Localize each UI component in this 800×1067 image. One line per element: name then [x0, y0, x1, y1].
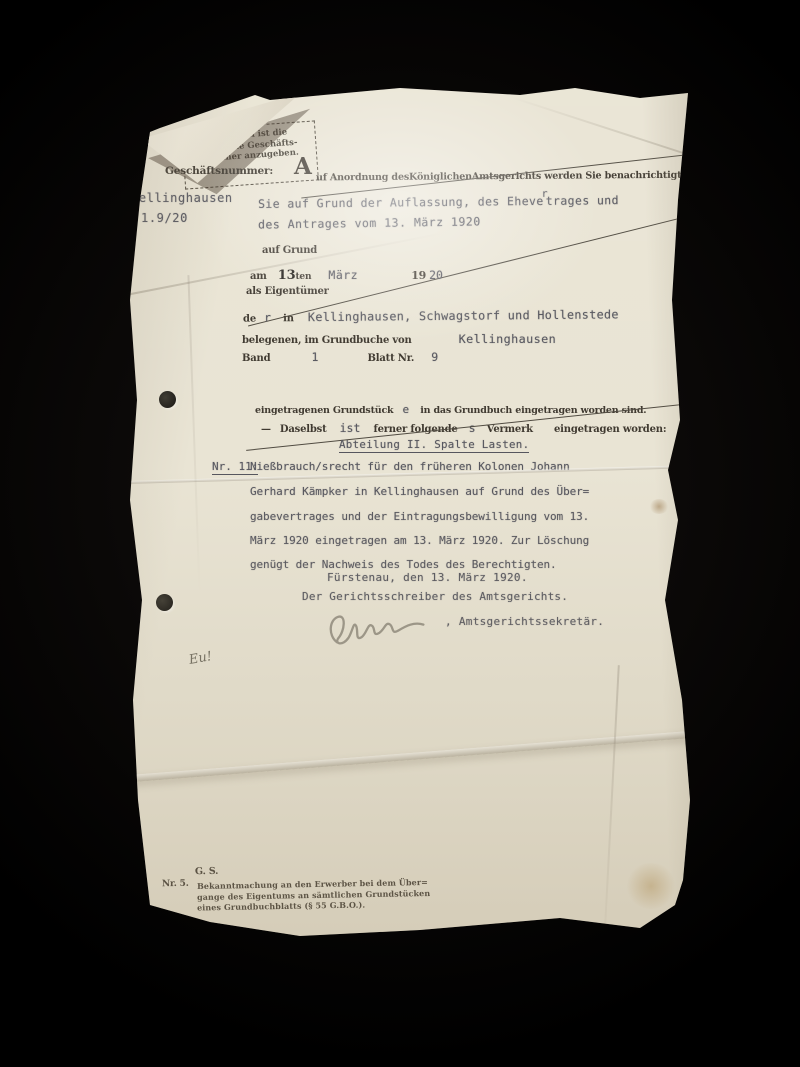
entry-line-3: gabevertrages und der Eintragungsbewilli…: [250, 510, 589, 523]
footer-gs: G. S.: [195, 866, 218, 877]
places-typed: Kellinghausen, Schwagstorf und Hollenste…: [308, 307, 619, 324]
date-row: am 13ten März 1920: [250, 264, 443, 283]
file-number-value-2: 1.9/20: [141, 211, 188, 225]
eingetragen-typed-e: e: [403, 403, 410, 416]
blatt-value: 9: [431, 350, 438, 364]
file-number-label: Geschäftsnummer:: [165, 165, 273, 177]
file-number-value-1: Kellinghausen: [131, 191, 233, 205]
footer-nr: Nr. 5.: [162, 879, 189, 889]
intro-line1-b: trages und: [546, 193, 619, 208]
margin-note-handwritten: Eu!: [188, 649, 213, 668]
der-in: in: [283, 313, 294, 324]
band-value: 1: [312, 350, 319, 364]
als-eigentuemer: als Eigentümer: [246, 286, 329, 297]
stain-right-middle: [649, 499, 669, 514]
entry-line-5: genügt der Nachweis des Todes des Berech…: [250, 558, 557, 571]
grundbuch-von-typed: Kellinghausen: [459, 332, 557, 346]
date-am: am: [250, 271, 267, 282]
punch-hole-bottom: [156, 594, 173, 611]
daselbst-printed: Daselbst: [280, 424, 327, 435]
entry-line-2: Gerhard Kämpker in Kellinghausen auf Gru…: [250, 485, 589, 498]
crease-right-vertical: [604, 665, 620, 925]
entry-line-1: Nießbrauch/srecht für den früheren Kolon…: [250, 460, 570, 473]
belegenen-printed: belegenen, im Grundbuche von: [242, 335, 412, 346]
date-year: 20: [429, 268, 443, 282]
handwritten-signature: [321, 594, 438, 653]
date-century: 19: [411, 269, 426, 282]
s-typed: s: [469, 421, 476, 435]
eingetragen-printed-a: eingetragenen Grundstück: [255, 405, 393, 416]
entry-line-4: März 1920 eingetragen am 13. März 1920. …: [250, 534, 589, 547]
notice-pre: uf Anordnung des: [316, 172, 409, 184]
vermerk-struck: Vermerk: [487, 424, 533, 435]
worden-printed: eingetragen worden:: [554, 424, 666, 435]
band-blatt-row: Band 1 Blatt Nr. 9: [242, 346, 438, 365]
intro-line1-correction: r: [542, 189, 548, 200]
owner-row: de r in Kellinghausen, Schwagstorf und H…: [243, 303, 619, 325]
vermerk-row: — Daselbst ist ferner folgende s Vermerk…: [261, 417, 666, 436]
crease-left-vertical: [187, 275, 200, 595]
notice-initial: A: [294, 153, 312, 180]
ist-typed: ist: [340, 421, 361, 435]
intro-line-2: des Antrages vom 13. März 1920: [258, 214, 481, 231]
band-label: Band: [242, 353, 270, 364]
intro-line-1: Sie auf Grund der Auflassung, des Ehever…: [258, 189, 619, 212]
notice-line: uf Anordnung des Königlichen Amtsgericht…: [316, 163, 707, 185]
grundbuch-row: belegenen, im Grundbuche von Kellinghaus…: [242, 328, 556, 347]
crease-top-right: [509, 96, 690, 157]
document-sheet: Eingaben ist die stehende Geschäfts- num…: [125, 85, 695, 940]
notice-post: Amtsgerichts werden Sie benachrichtigt, …: [472, 170, 707, 183]
punch-hole-top: [159, 391, 176, 408]
section-heading: Abteilung II. Spalte Lasten.: [339, 438, 529, 453]
signer-role-line: , Amtsgerichtssekretär.: [445, 615, 604, 628]
signer-title-line: Der Gerichtsschreiber des Amtsgerichts.: [302, 590, 568, 603]
footer-line-3: eines Grundbuchblatts (§ 55 G.B.O.).: [197, 900, 365, 913]
blatt-label: Blatt Nr.: [368, 353, 415, 364]
crease-lower-fold: [116, 730, 705, 783]
stain-bottom-right: [625, 863, 677, 909]
der-printed: de: [243, 314, 256, 325]
date-day: 13: [278, 268, 296, 283]
intro-line1-a: Sie auf Grund der Auflassung, des Eheve: [258, 194, 544, 211]
dash: —: [261, 424, 271, 435]
der-typed-r: r: [264, 310, 271, 324]
notice-struck-word: Königlichen: [409, 171, 472, 182]
date-ten: ten: [295, 272, 311, 282]
place-date-line: Fürstenau, den 13. März 1920.: [327, 571, 528, 584]
date-month: März: [328, 268, 358, 282]
